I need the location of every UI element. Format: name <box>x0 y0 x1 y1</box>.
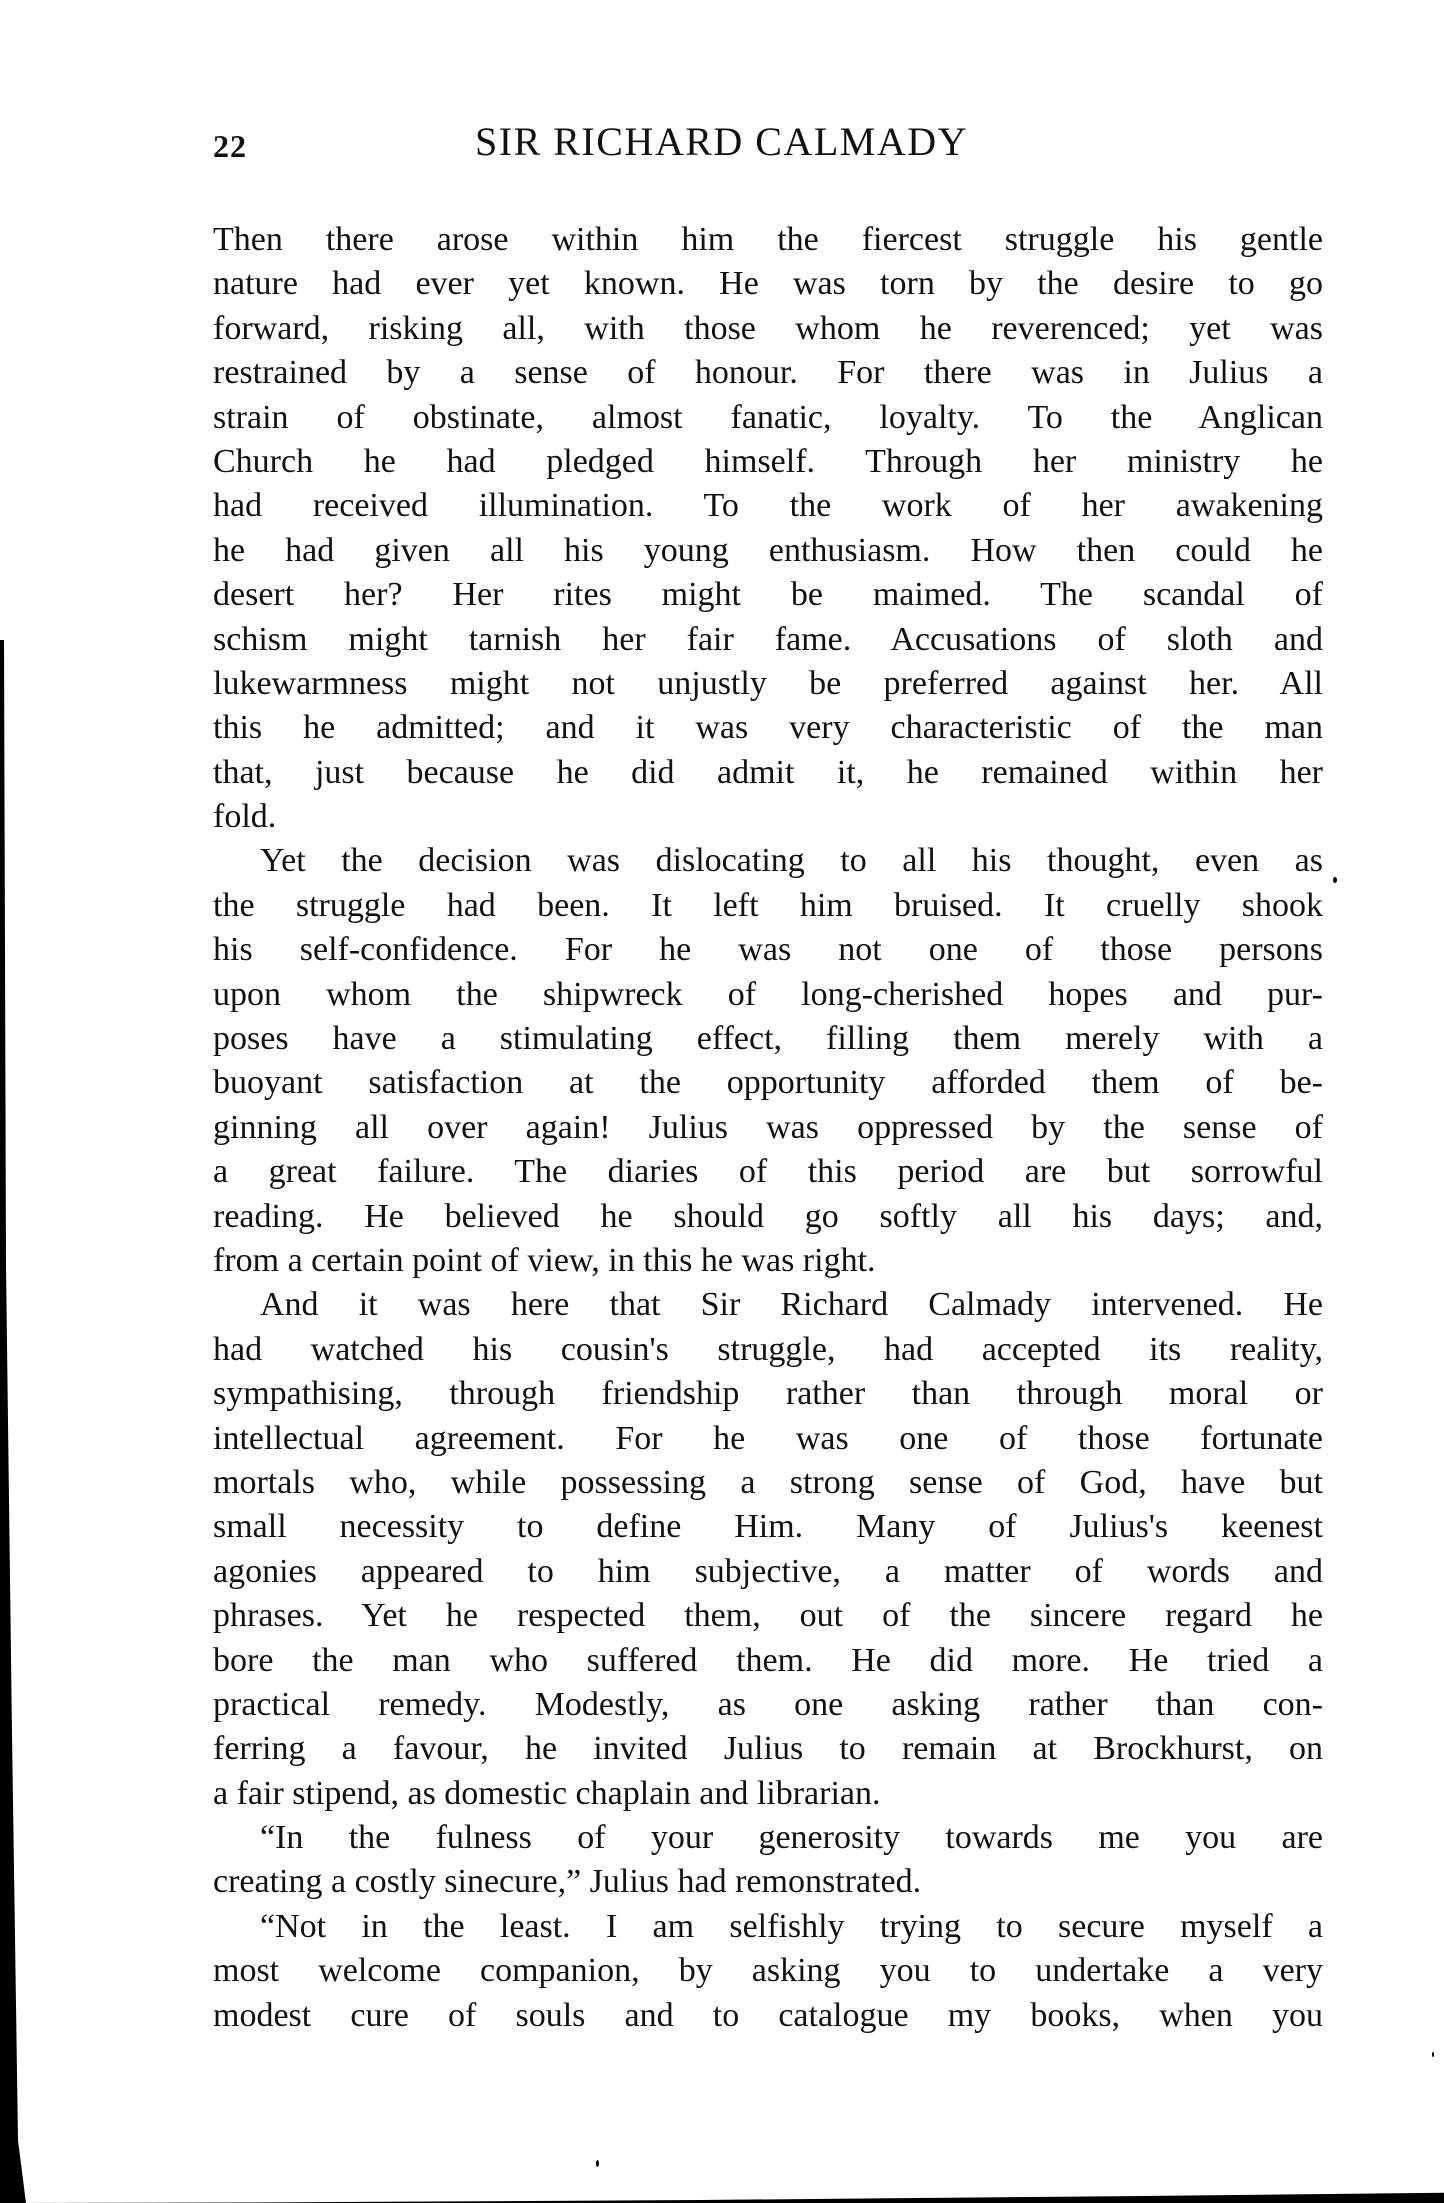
text-line: strain of obstinate, almost fanatic, loy… <box>213 396 1323 440</box>
page-edge-shadow <box>0 2191 1444 2203</box>
book-page: 22 SIR RICHARD CALMADY Then there arose … <box>0 0 1444 2203</box>
text-line: modest cure of souls and to catalogue my… <box>213 1994 1323 2038</box>
text-line: had watched his cousin's struggle, had a… <box>213 1328 1323 1372</box>
text-line: creating a costly sinecure,” Julius had … <box>213 1860 1323 1904</box>
text-line: poses have a stimulating effect, filling… <box>213 1017 1323 1061</box>
page-number: 22 <box>213 128 247 165</box>
text-line: intellectual agreement. For he was one o… <box>213 1417 1323 1461</box>
text-line: agonies appeared to him subjective, a ma… <box>213 1550 1323 1594</box>
text-line: Yet the decision was dislocating to all … <box>213 839 1323 883</box>
text-line: desert her? Her rites might be maimed. T… <box>213 573 1323 617</box>
text-line: practical remedy. Modestly, as one askin… <box>213 1683 1323 1727</box>
text-line: And it was here that Sir Richard Calmady… <box>213 1283 1323 1327</box>
text-line: bore the man who suffered them. He did m… <box>213 1639 1323 1683</box>
text-line: Then there arose within him the fiercest… <box>213 218 1323 262</box>
text-line: had received illumination. To the work o… <box>213 484 1323 528</box>
text-line: “In the fulness of your generosity towar… <box>213 1816 1323 1860</box>
scan-speck <box>1432 2052 1434 2057</box>
paragraph: “Not in the least. I am selfishly trying… <box>213 1905 1323 2038</box>
text-line: nature had ever yet known. He was torn b… <box>213 262 1323 306</box>
text-line: his self-confidence. For he was not one … <box>213 928 1323 972</box>
text-line: forward, risking all, with those whom he… <box>213 307 1323 351</box>
text-line: buoyant satisfaction at the opportunity … <box>213 1061 1323 1105</box>
scan-speck <box>1333 877 1337 883</box>
text-line: most welcome companion, by asking you to… <box>213 1949 1323 1993</box>
text-line: upon whom the shipwreck of long-cherishe… <box>213 973 1323 1017</box>
text-line: from a certain point of view, in this he… <box>213 1239 1323 1283</box>
text-line: phrases. Yet he respected them, out of t… <box>213 1594 1323 1638</box>
text-line: he had given all his young enthusiasm. H… <box>213 529 1323 573</box>
scan-speck <box>596 2160 599 2167</box>
text-line: ginning all over again! Julius was oppre… <box>213 1106 1323 1150</box>
text-line: ferring a favour, he invited Julius to r… <box>213 1727 1323 1771</box>
text-line: restrained by a sense of honour. For the… <box>213 351 1323 395</box>
text-line: lukewarmness might not unjustly be prefe… <box>213 662 1323 706</box>
paragraph: Then there arose within him the fiercest… <box>213 218 1323 839</box>
text-line: this he admitted; and it was very charac… <box>213 706 1323 750</box>
text-line: that, just because he did admit it, he r… <box>213 751 1323 795</box>
text-line: schism might tarnish her fair fame. Accu… <box>213 618 1323 662</box>
text-line: “Not in the least. I am selfishly trying… <box>213 1905 1323 1949</box>
text-line: a fair stipend, as domestic chaplain and… <box>213 1772 1323 1816</box>
text-line: reading. He believed he should go softly… <box>213 1195 1323 1239</box>
running-head: 22 SIR RICHARD CALMADY <box>213 118 1323 168</box>
text-line: Church he had pledged himself. Through h… <box>213 440 1323 484</box>
binding-shadow <box>0 640 26 2203</box>
text-line: the struggle had been. It left him bruis… <box>213 884 1323 928</box>
text-line: a great failure. The diaries of this per… <box>213 1150 1323 1194</box>
paragraph: Yet the decision was dislocating to all … <box>213 839 1323 1283</box>
text-line: mortals who, while possessing a strong s… <box>213 1461 1323 1505</box>
text-line: sympathising, through friendship rather … <box>213 1372 1323 1416</box>
body-text: Then there arose within him the fiercest… <box>213 218 1323 2038</box>
text-line: fold. <box>213 795 1323 839</box>
text-line: small necessity to define Him. Many of J… <box>213 1505 1323 1549</box>
paragraph: And it was here that Sir Richard Calmady… <box>213 1283 1323 1816</box>
paragraph: “In the fulness of your generosity towar… <box>213 1816 1323 1905</box>
running-title: SIR RICHARD CALMADY <box>475 118 968 165</box>
